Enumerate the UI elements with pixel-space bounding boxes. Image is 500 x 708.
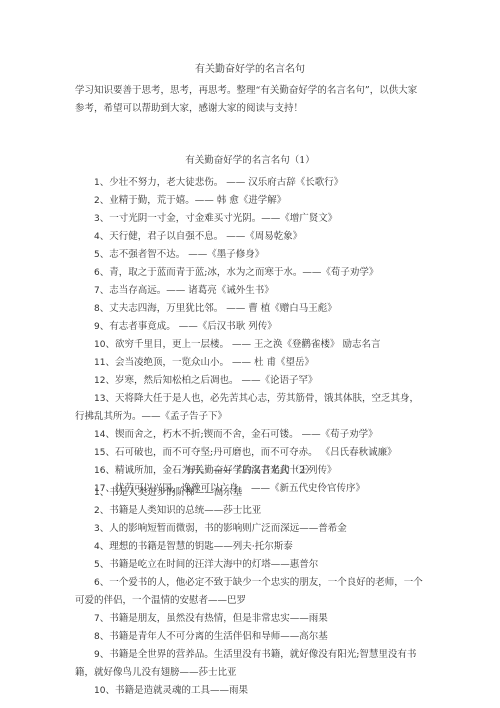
document-title: 有关勤奋好学的名言名句 (0, 60, 500, 75)
section-1: 有关勤奋好学的名言名句（1） 1、少壮不努力，老大徒悲伤。 —— 汉乐府古辞《长… (75, 152, 425, 498)
quote-text: 、一寸光阴一寸金，寸金难买寸光阴。——《增广贤文》 (100, 213, 338, 224)
quote-text: 、会当凌绝顶，一览众山小。 —— 杜 甫《望岳》 (105, 357, 314, 368)
quote-item: 1、书是人类进步的阶梯——高尔基 (75, 484, 425, 502)
quote-item: 8、丈夫志四海，万里犹比邻。 —— 曹 植《赠白马王彪》 (75, 300, 425, 318)
quote-text: 、书籍是全世界的营养品。生活里没有书籍，就好像没有阳光;智慧里没有书籍，就好像鸟… (75, 649, 416, 678)
quote-text: 、一个爱书的人，他必定不致于缺少一个忠实的朋友，一个良好的老师，一个可爱的伴侣，… (75, 577, 423, 606)
quote-item: 7、书籍是朋友，虽然没有热情，但是非常忠实——雨果 (75, 610, 425, 628)
quote-number: 13 (94, 394, 105, 404)
quote-item: 6、一个爱书的人，他必定不致于缺少一个忠实的朋友，一个良好的老师，一个可爱的伴侣… (75, 574, 425, 610)
quote-text: 、有志者事竟成。 ——《后汉书耿 列传》 (100, 321, 277, 332)
quote-item: 4、理想的书籍是智慧的钥匙——列夫·托尔斯泰 (75, 538, 425, 556)
quote-item: 9、有志者事竟成。 ——《后汉书耿 列传》 (75, 318, 425, 336)
section-title: 有关勤奋好学的名言名句（1） (75, 152, 425, 170)
quote-text: 、岁寒，然后知松柏之后凋也。 ——《论语子罕》 (105, 375, 317, 386)
quote-text: 、欲穷千里目，更上一层楼。 —— 王之涣《登鹳雀楼》 励志名言 (105, 339, 380, 350)
quote-text: 、书籍是青年人不可分离的生活伴侣和导师——高尔基 (100, 631, 328, 642)
quote-text: 、锲而舍之，朽木不折;锲而不舍，金石可镂。 ——《荀子劝学》 (105, 429, 377, 440)
quote-number: 11 (94, 358, 105, 368)
quote-text: 、天行健，君子以自强不息。 ——《周易乾象》 (100, 231, 303, 242)
quote-item: 3、人的影响短暂而微弱，书的影响则广泛而深远——普希金 (75, 520, 425, 538)
quote-text: 、书是人类进步的阶梯——高尔基 (100, 487, 243, 498)
quote-item: 1、少壮不努力，老大徒悲伤。 —— 汉乐府古辞《长歌行》 (75, 174, 425, 192)
quote-list: 1、少壮不努力，老大徒悲伤。 —— 汉乐府古辞《长歌行》2、业精于勤，荒于嬉。—… (75, 174, 425, 498)
quote-number: 15 (94, 448, 105, 458)
quote-item: 11、会当凌绝顶，一览众山小。 —— 杜 甫《望岳》 (75, 354, 425, 372)
quote-text: 、志当存高远。—— 诸葛亮《诫外生书》 (100, 285, 274, 296)
quote-item: 5、书籍是屹立在时间的汪洋大海中的灯塔——惠普尔 (75, 556, 425, 574)
quote-item: 6、青，取之于蓝而青于蓝;冰，水为之而寒于水。——《荀子劝学》 (75, 264, 425, 282)
quote-item: 10、书籍是造就灵魂的工具——雨果 (75, 682, 425, 700)
quote-item: 3、一寸光阴一寸金，寸金难买寸光阴。——《增广贤文》 (75, 210, 425, 228)
quote-text: 、业精于勤，荒于嬉。—— 韩 愈《进学解》 (100, 195, 287, 206)
quote-text: 、理想的书籍是智慧的钥匙——列夫·托尔斯泰 (100, 541, 293, 552)
quote-text: 、天将降大任于是人也，必先苦其心志，劳其筋骨，饿其体肤，空乏其身，行拂乱其所为。… (75, 393, 419, 422)
quote-item: 10、欲穷千里目，更上一层楼。 —— 王之涣《登鹳雀楼》 励志名言 (75, 336, 425, 354)
quote-text: 、丈夫志四海，万里犹比邻。 —— 曹 植《赠白马王彪》 (100, 303, 337, 314)
quote-number: 10 (94, 340, 105, 350)
quote-text: 、少壮不努力，老大徒悲伤。 —— 汉乐府古辞《长歌行》 (100, 177, 344, 188)
quote-item: 12、岁寒，然后知松柏之后凋也。 ——《论语子罕》 (75, 372, 425, 390)
quote-number: 14 (94, 430, 105, 440)
quote-item: 14、锲而舍之，朽木不折;锲而不舍，金石可镂。 ——《荀子劝学》 (75, 426, 425, 444)
quote-item: 15、石可破也，而不可夺坚;丹可磨也，而不可夺赤。 《吕氏春秋诚廉》 (75, 444, 425, 462)
quote-item: 2、书籍是人类知识的总统——莎士比亚 (75, 502, 425, 520)
quote-item: 2、业精于勤，荒于嬉。—— 韩 愈《进学解》 (75, 192, 425, 210)
intro-paragraph: 学习知识要善于思考，思考，再思考。整理“有关勤奋好学的名言名句”，以供大家参考，… (75, 82, 425, 118)
quote-number: 12 (94, 376, 105, 386)
quote-item: 7、志当存高远。—— 诸葛亮《诫外生书》 (75, 282, 425, 300)
quote-text: 、书籍是人类知识的总统——莎士比亚 (100, 505, 262, 516)
quote-text: 、人的影响短暂而微弱，书的影响则广泛而深远——普希金 (100, 523, 347, 534)
quote-text: 、石可破也，而不可夺坚;丹可磨也，而不可夺赤。 《吕氏春秋诚廉》 (105, 447, 396, 458)
section-2: 有关勤奋好学的名言名句（2） 1、书是人类进步的阶梯——高尔基2、书籍是人类知识… (75, 462, 425, 700)
quote-text: 、书籍是朋友，虽然没有热情，但是非常忠实——雨果 (100, 613, 328, 624)
quote-item: 5、志不强者智不达。 ——《墨子修身》 (75, 246, 425, 264)
quote-item: 9、书籍是全世界的营养品。生活里没有书籍，就好像没有阳光;智慧里没有书籍，就好像… (75, 646, 425, 682)
quote-item: 8、书籍是青年人不可分离的生活伴侣和导师——高尔基 (75, 628, 425, 646)
quote-item: 4、天行健，君子以自强不息。 ——《周易乾象》 (75, 228, 425, 246)
quote-number: 10 (94, 686, 105, 696)
quote-text: 、青，取之于蓝而青于蓝;冰，水为之而寒于水。——《荀子劝学》 (100, 267, 379, 278)
quote-item: 13、天将降大任于是人也，必先苦其心志，劳其筋骨，饿其体肤，空乏其身，行拂乱其所… (75, 390, 425, 426)
section-title: 有关勤奋好学的名言名句（2） (75, 462, 425, 480)
quote-text: 、书籍是屹立在时间的汪洋大海中的灯塔——惠普尔 (100, 559, 319, 570)
quote-text: 、书籍是造就灵魂的工具——雨果 (105, 685, 248, 696)
quote-text: 、志不强者智不达。 ——《墨子修身》 (100, 249, 265, 260)
quote-list: 1、书是人类进步的阶梯——高尔基2、书籍是人类知识的总统——莎士比亚3、人的影响… (75, 484, 425, 700)
